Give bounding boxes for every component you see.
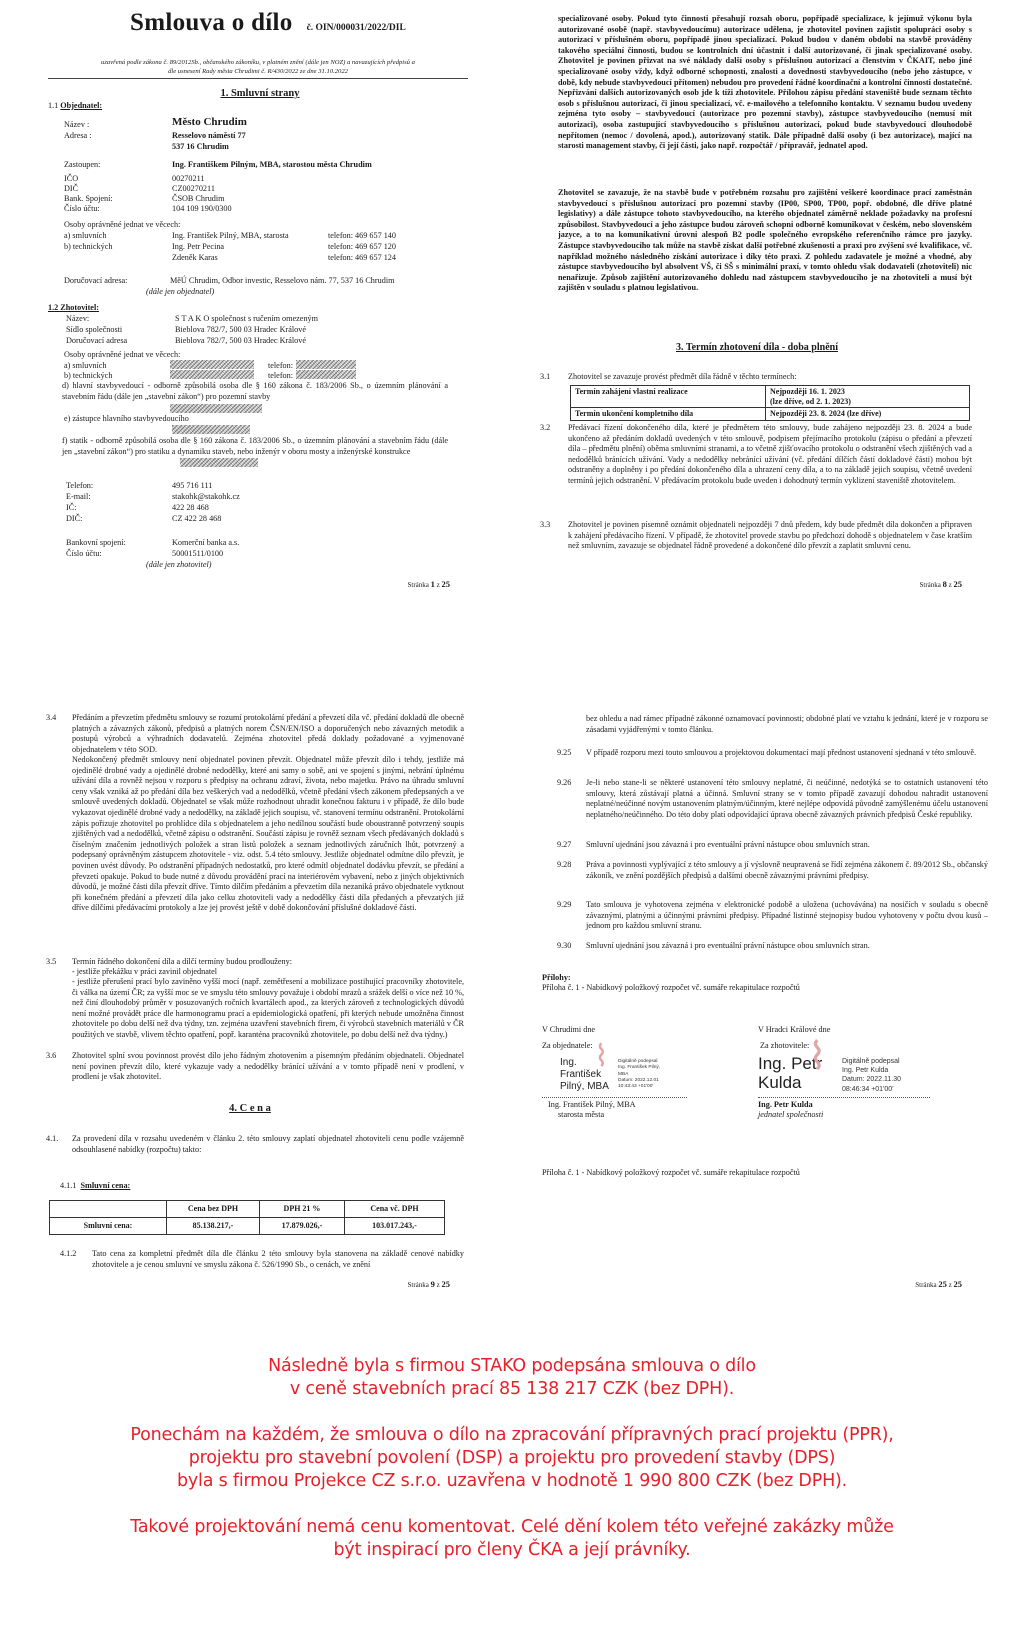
clause-4-1: Za provedení díla v rozsahu uvedeném v č… xyxy=(72,1134,464,1155)
clause-number: 3.5 xyxy=(46,957,68,968)
zhotovitel-seat: Bieblova 782/7, 500 03 Hradec Králové xyxy=(175,325,306,336)
commentary: Následně byla s firmou STAKO podepsána s… xyxy=(0,1355,1024,1585)
person-row-phone: telefon: 469 657 120 xyxy=(328,242,396,253)
clause-4-1-1: 4.1.1 Smluvní cena: xyxy=(60,1181,130,1192)
clause-3-4-continued: Nedokončený předmět smlouvy není objedna… xyxy=(72,755,464,914)
clause-number: 9.25 xyxy=(557,748,579,759)
clause-3-6: Zhotovitel splní svou povinnost provést … xyxy=(72,1051,464,1083)
footer-total: 25 xyxy=(442,1279,451,1289)
signature-meta-line: 08:46:34 +01'00' xyxy=(842,1085,901,1094)
clause-number: 9.27 xyxy=(557,840,579,851)
subtitle-line-2: dle usnesení Rady města Chrudimi č. R/43… xyxy=(48,67,468,76)
contract-page-9: 3.4 Předáním a převzetím předmětu smlouv… xyxy=(0,700,512,1340)
footer-prefix: Stránka xyxy=(408,581,429,589)
zh-email-label: E-mail: xyxy=(66,492,91,503)
vat-amount: 17.879.026,- xyxy=(260,1218,345,1235)
term-label: Termín zahájení vlastní realizace xyxy=(571,386,766,408)
person-row-name: Ing. Petr Pecina xyxy=(172,242,224,253)
clause-3-5-a: - jestliže překážku v práci zavinil obje… xyxy=(72,967,464,978)
document-title: Smlouva o dílo xyxy=(130,18,293,29)
redacted-block xyxy=(172,425,250,434)
phone-label: telefon: xyxy=(268,371,293,382)
section-heading-term: 3. Termín zhotovení díla - doba plnění xyxy=(632,343,882,354)
footer-prefix: Stránka xyxy=(408,1281,429,1289)
term-value: Nejpozději 23. 8. 2024 (lze dříve) xyxy=(766,408,970,421)
footer-page: 25 xyxy=(938,1279,947,1289)
clause-3-5: Termín řádného dokončení díla a dílčí te… xyxy=(72,957,464,968)
zh-bank-label: Bankovní spojení: xyxy=(66,538,126,549)
zhotovitel-seat-label: Sídlo společnosti xyxy=(66,325,122,336)
clause-3-3: Zhotovitel je povinen písemně oznámit ob… xyxy=(568,520,972,552)
footer-total: 25 xyxy=(954,1279,963,1289)
zh-account: 50001511/0100 xyxy=(172,549,223,560)
clause-number: 3.2 xyxy=(540,423,562,434)
zh-phone-label: Telefon: xyxy=(66,481,93,492)
zhotovitel-alias: (dále jen zhotovitel) xyxy=(146,560,211,571)
footer-total: 25 xyxy=(442,579,451,589)
objednatel-address-2: 537 16 Chrudim xyxy=(172,142,229,153)
zhotovitel-name-label: Název: xyxy=(66,314,89,325)
footer-total: 25 xyxy=(954,579,963,589)
site-manager-paragraph: Zhotovitel se zavazuje, že na stavbě bud… xyxy=(558,188,972,294)
adresa-label: Adresa : xyxy=(64,131,92,142)
commentary-line: byla s firmou Projekce CZ s.r.o. uzavřen… xyxy=(177,1471,847,1491)
signatory-title-right: jednatel společnosti xyxy=(758,1110,823,1121)
attachment-item: Příloha č. 1 - Nabídkový položkový rozpo… xyxy=(542,983,800,994)
continued-paragraph: bez ohledu a nad rámec případné zákonné … xyxy=(586,714,988,735)
clause-number: 9.30 xyxy=(557,941,579,952)
clause-number: 4.1. xyxy=(46,1134,68,1145)
clause-number: 9.29 xyxy=(557,900,579,911)
commentary-line: být inspirací pro členy ČKA a její právn… xyxy=(334,1540,691,1560)
redacted-block xyxy=(296,370,356,379)
person-row-phone: telefon: 469 657 124 xyxy=(328,253,396,264)
clause-number: 3.1 xyxy=(540,372,562,383)
delivery-address-label: Doručovací adresa: xyxy=(64,276,127,287)
attachments-label: Přílohy: xyxy=(542,973,571,984)
ico-value: 00270211 xyxy=(172,174,204,185)
dic-value: CZ00270211 xyxy=(172,184,215,195)
price-table: Cena bez DPH DPH 21 % Cena vč. DPH Smluv… xyxy=(49,1200,445,1235)
clause-number: 9.26 xyxy=(557,778,579,789)
zhotovitel-name: S T A K O společnost s ručením omezeným xyxy=(175,314,318,325)
page-footer: Stránka 1 z 25 xyxy=(408,579,451,591)
nazev-label: Název : xyxy=(64,120,89,131)
person-row-name: Zdeněk Karas xyxy=(172,253,218,264)
footer-sep: z xyxy=(437,1281,440,1289)
page-footer: Stránka 25 z 25 xyxy=(915,1279,962,1291)
clause-number: 4.1.2 xyxy=(60,1249,82,1260)
page-footer: Stránka 8 z 25 xyxy=(920,579,963,591)
adobe-signature-icon: ⌇ xyxy=(594,1052,609,1063)
clause-3-1: Zhotovitel se zavazuje provést předmět d… xyxy=(568,372,972,383)
objednatel-address-1: Resselovo náměstí 77 xyxy=(172,131,246,142)
clause-3-4: Předáním a převzetím předmětu smlouvy se… xyxy=(72,713,464,755)
commentary-line: v ceně stavebních prací 85 138 217 CZK (… xyxy=(290,1379,734,1399)
clause-number: 3.6 xyxy=(46,1051,68,1062)
redacted-block xyxy=(170,360,254,369)
header-cell: Cena bez DPH xyxy=(167,1201,260,1218)
price-with-vat: 103.017.243,- xyxy=(345,1218,445,1235)
commentary-paragraph-2: Ponechám na každém, že smlouva o dílo na… xyxy=(0,1424,1024,1493)
footer-page: 1 xyxy=(431,579,435,589)
adobe-signature-icon: ⌇ xyxy=(808,1052,827,1063)
clause-3-5-b: - jestliže přerušení prací bylo zaviněno… xyxy=(72,977,464,1041)
contract-page-8: specializované osoby. Pokud tyto činnost… xyxy=(512,0,1024,640)
redacted-block xyxy=(180,458,258,467)
zhotovitel-persons-label: Osoby oprávněné jednat ve věcech: xyxy=(64,350,180,361)
clause-9-26: Je-li nebo stane-li se některé ustanoven… xyxy=(586,778,988,820)
term-value-line: Nejpozději 16. 1. 2023 xyxy=(770,387,965,397)
person-row-phone: telefon: 469 657 140 xyxy=(328,231,396,242)
attachment-item-repeat: Příloha č. 1 - Nabídkový položkový rozpo… xyxy=(542,1168,800,1179)
commentary-line: Následně byla s firmou STAKO podepsána s… xyxy=(268,1356,756,1376)
bank-label: Bank. Spojení: xyxy=(64,194,113,205)
commentary-line: Ponechám na každém, že smlouva o dílo na… xyxy=(130,1425,893,1445)
dic-label: DIČ xyxy=(64,184,78,195)
zh-ic: 422 28 468 xyxy=(172,503,209,514)
contract-page-25: bez ohledu a nad rámec případné zákonné … xyxy=(512,700,1024,1340)
footer-sep: z xyxy=(949,1281,952,1289)
zhotovitel-heading: 1.2 Zhotovitel: xyxy=(48,303,99,314)
commentary-line: projektu pro stavební povolení (DSP) a p… xyxy=(189,1448,836,1468)
contract-price-label: Smluvní cena: xyxy=(80,1181,130,1190)
signature-line xyxy=(758,1097,930,1098)
term-value: Nejpozději 16. 1. 2023(lze dříve, od 2. … xyxy=(766,386,970,408)
contract-page-1: Smlouva o dílo č. OIN/000031/2022/DIL uz… xyxy=(0,0,512,640)
clause-9-28: Práva a povinnosti vyplývající z této sm… xyxy=(586,860,988,881)
page-footer: Stránka 9 z 25 xyxy=(408,1279,451,1291)
title-row: Smlouva o dílo č. OIN/000031/2022/DIL xyxy=(130,18,406,34)
signature-name-line: Pilný, MBA xyxy=(560,1081,609,1093)
signatory-title-left: starosta města xyxy=(558,1110,604,1121)
specialists-paragraph: specializované osoby. Pokud tyto činnost… xyxy=(558,14,972,152)
clause-9-27: Smluvní ujednání jsou závazná i pro even… xyxy=(586,840,988,851)
zh-account-label: Číslo účtu: xyxy=(66,549,102,560)
clause-3-2: Předávací řízení dokončeného díla, které… xyxy=(568,423,972,487)
term-value-line: (lze dříve, od 2. 1. 2023) xyxy=(770,397,965,407)
contract-number: č. OIN/000031/2022/DIL xyxy=(307,23,406,34)
authorized-persons-label: Osoby oprávněné jednat ve věcech: xyxy=(64,220,180,231)
table-row: Termín zahájení vlastní realizace Nejpoz… xyxy=(571,386,970,408)
zhotovitel-person-a: a) smluvních xyxy=(64,361,107,372)
zh-dic: CZ 422 28 468 xyxy=(172,514,221,525)
clause-9-29: Tato smlouva je vyhotovena zejména v ele… xyxy=(586,900,988,932)
zhotovitel-delivery-label: Doručovací adresa xyxy=(66,336,127,347)
subtitle-line-1: uzavřená podle zákona č. 89/2012Sb., obč… xyxy=(48,58,468,67)
clause-number: 9.28 xyxy=(557,860,579,871)
zhotovitel-person-b: b) technických xyxy=(64,371,112,382)
zastoupen-label: Zastoupen: xyxy=(64,160,100,171)
zh-dic-label: DIČ: xyxy=(66,514,82,525)
zh-email: stakohk@stakohk.cz xyxy=(172,492,240,503)
signature-meta-line: Ing. Petr Kulda xyxy=(842,1066,901,1075)
person-row-name: Ing. František Pilný, MBA, starosta xyxy=(172,231,289,242)
table-row: Termín ukončení kompletního díla Nejpozd… xyxy=(571,408,970,421)
objednatel-heading-number: 1.1 xyxy=(48,101,58,110)
sign-role-left: Za objednatele: xyxy=(542,1041,593,1052)
signature-meta-line: Ing. František Pilný, xyxy=(618,1065,660,1071)
sign-role-right: Za zhotovitele: xyxy=(760,1041,809,1052)
header-cell: Cena vč. DPH xyxy=(345,1201,445,1218)
commentary-paragraph-3: Takové projektování nemá cenu komentovat… xyxy=(0,1516,1024,1562)
footer-page: 8 xyxy=(943,579,947,589)
price-row: Smluvní cena: 85.138.217,- 17.879.026,- … xyxy=(50,1218,445,1235)
redacted-block xyxy=(170,404,262,413)
term-label: Termín ukončení kompletního díla xyxy=(571,408,766,421)
signature-meta-line: Datum: 2022.11.30 xyxy=(842,1075,901,1084)
delivery-address-value: MěÚ Chrudim, Odbor investic, Resselovo n… xyxy=(170,276,394,287)
sign-place-right: V Hradci Králové dne xyxy=(758,1025,830,1036)
zhotovitel-delivery: Bieblova 782/7, 500 03 Hradec Králové xyxy=(175,336,306,347)
signature-meta-right: Digitálně podepsal Ing. Petr Kulda Datum… xyxy=(842,1057,901,1094)
contract-subtitle: uzavřená podle zákona č. 89/2012Sb., obč… xyxy=(48,58,468,79)
person-row-item: b) technických xyxy=(64,242,112,253)
signature-line xyxy=(542,1097,687,1098)
section-heading-price: 4. C e n a xyxy=(210,1104,290,1115)
signatory-name-right: Ing. Petr Kulda xyxy=(758,1100,813,1111)
zh-ic-label: IČ: xyxy=(66,503,76,514)
clause-9-30: Smluvní ujednání jsou závazná i pro even… xyxy=(586,941,988,952)
zastoupen-value: Ing. Františkem Pilným, MBA, starostou m… xyxy=(172,160,372,171)
objednatel-heading-label: Objednatel: xyxy=(60,101,102,110)
footer-sep: z xyxy=(437,581,440,589)
person-row-item: a) smluvních xyxy=(64,231,107,242)
signature-meta-line: Digitálně podepsal xyxy=(842,1057,901,1066)
signature-meta-line: 10:43:43 +01'00' xyxy=(618,1084,660,1090)
clause-number: 3.4 xyxy=(46,713,68,724)
objednatel-name: Město Chrudim xyxy=(172,117,247,128)
header-cell xyxy=(50,1201,167,1218)
objednatel-heading: 1.1 Objednatel: xyxy=(48,101,102,112)
clause-9-25: V případě rozporu mezi touto smlouvou a … xyxy=(586,748,988,759)
phone-label: telefon: xyxy=(268,361,293,372)
commentary-paragraph-1: Následně byla s firmou STAKO podepsána s… xyxy=(0,1355,1024,1401)
terms-table: Termín zahájení vlastní realizace Nejpoz… xyxy=(570,385,970,421)
deputy-clause: e) zástupce hlavního stavbyvedoucího xyxy=(64,414,189,425)
structural-engineer-clause: f) statik - odborně způsobilá osoba dle … xyxy=(62,436,448,457)
sign-place-left: V Chrudimi dne xyxy=(542,1025,595,1036)
zh-phone: 495 716 111 xyxy=(172,481,212,492)
clause-number: 4.1.1 xyxy=(60,1181,76,1190)
clause-4-1-2: Tato cena za kompletní předmět díla dle … xyxy=(92,1249,464,1270)
bank-value: ČSOB Chrudim xyxy=(172,194,225,205)
redacted-block xyxy=(296,360,356,369)
section-heading-parties: 1. Smluvní strany xyxy=(180,89,340,100)
account-value: 104 109 190/0300 xyxy=(172,204,232,215)
account-label: Číslo účtu: xyxy=(64,204,100,215)
site-manager-clause: d) hlavní stavbyvedoucí - odborně způsob… xyxy=(62,381,448,402)
ico-label: IČO xyxy=(64,174,78,185)
signature-meta-left: Digitálně podepsal Ing. František Pilný,… xyxy=(618,1059,660,1090)
price-header-row: Cena bez DPH DPH 21 % Cena vč. DPH xyxy=(50,1201,445,1218)
price-without-vat: 85.138.217,- xyxy=(167,1218,260,1235)
header-cell: DPH 21 % xyxy=(260,1201,345,1218)
redacted-block xyxy=(170,370,254,379)
footer-prefix: Stránka xyxy=(920,581,941,589)
clause-number: 3.3 xyxy=(540,520,562,531)
zh-bank: Komerční banka a.s. xyxy=(172,538,239,549)
commentary-line: Takové projektování nemá cenu komentovat… xyxy=(130,1517,893,1537)
footer-page: 9 xyxy=(431,1279,435,1289)
row-label: Smluvní cena: xyxy=(50,1218,167,1235)
signatory-name-left: Ing. František Pilný, MBA xyxy=(548,1100,636,1111)
objednatel-alias: (dále jen objednatel) xyxy=(146,287,214,298)
footer-prefix: Stránka xyxy=(915,1281,936,1289)
footer-sep: z xyxy=(949,581,952,589)
